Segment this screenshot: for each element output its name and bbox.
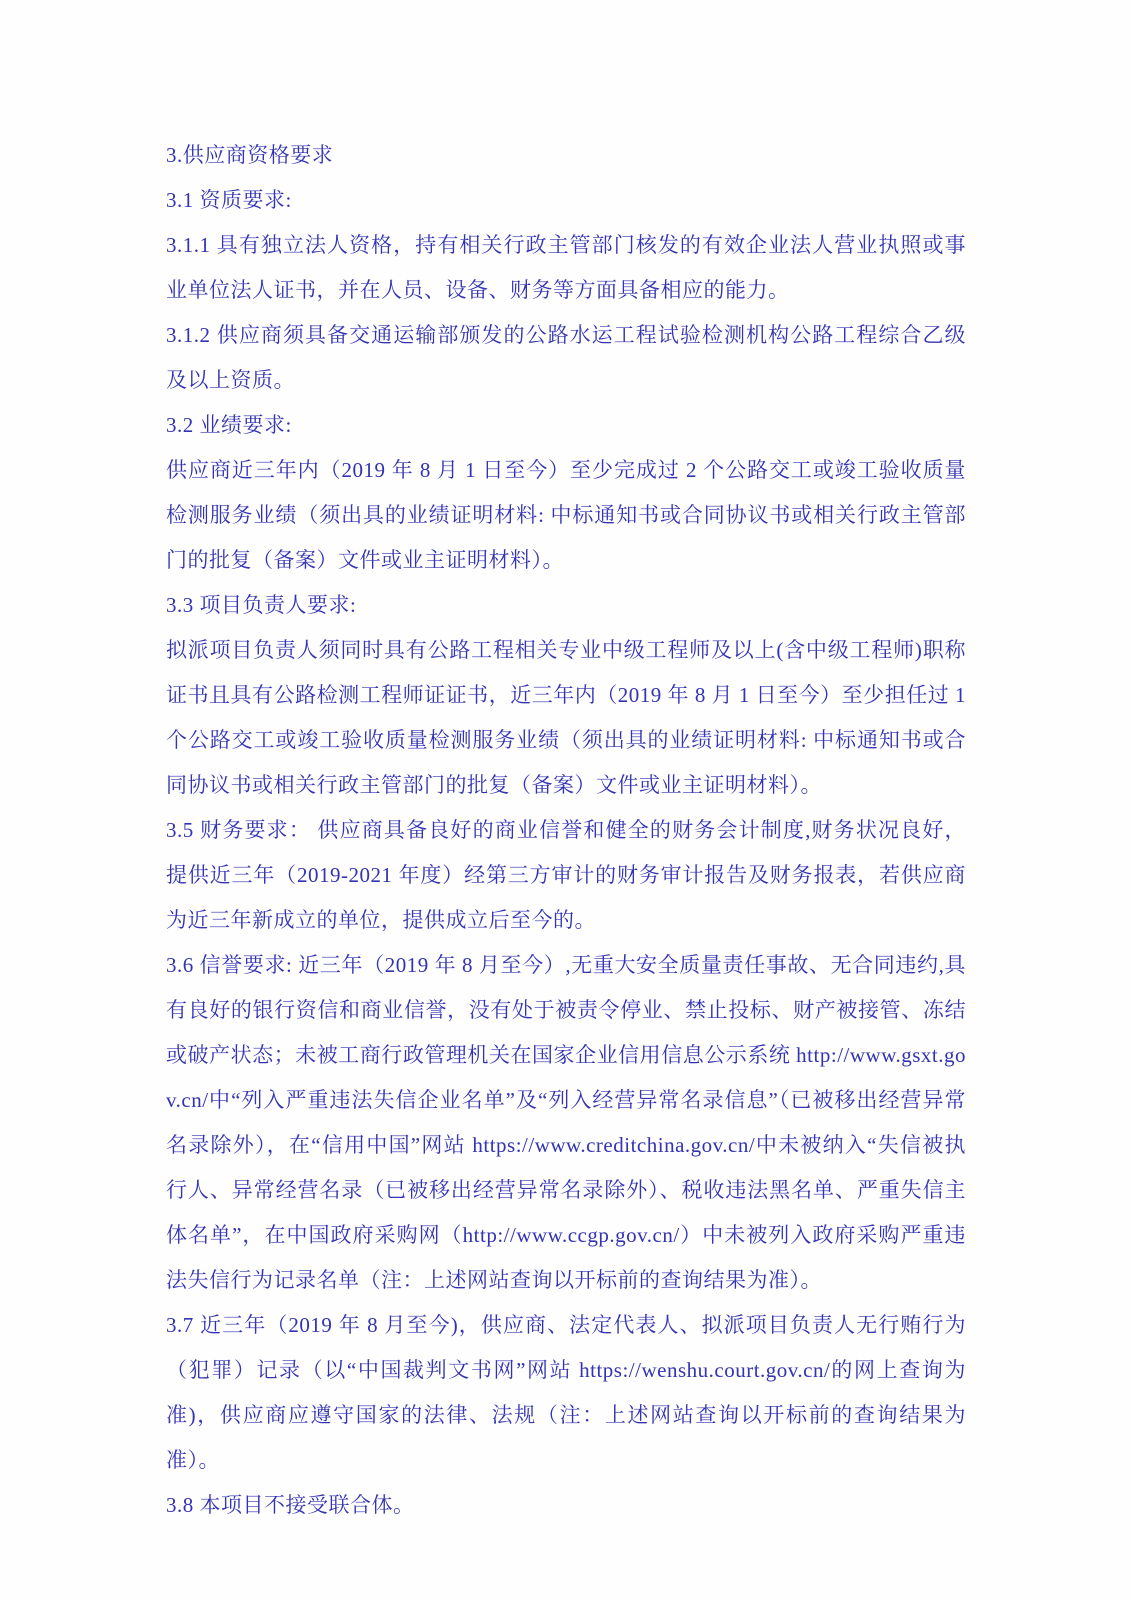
paragraph-performance-detail: 供应商近三年内（2019 年 8 月 1 日至今）至少完成过 2 个公路交工或竣… <box>166 448 966 583</box>
subsection-heading-project-manager: 3.3 项目负责人要求: <box>166 583 966 628</box>
document-body: 3.供应商资格要求 3.1 资质要求: 3.1.1 具有独立法人资格，持有相关行… <box>166 133 966 1528</box>
paragraph-3-5-finance: 3.5 财务要求： 供应商具备良好的商业信誉和健全的财务会计制度,财务状况良好，… <box>166 808 966 943</box>
paragraph-3-1-2: 3.1.2 供应商须具备交通运输部颁发的公路水运工程试验检测机构公路工程综合乙级… <box>166 313 966 403</box>
paragraph-3-8-consortium: 3.8 本项目不接受联合体。 <box>166 1483 966 1528</box>
section-heading: 3.供应商资格要求 <box>166 133 966 178</box>
subsection-heading-performance: 3.2 业绩要求: <box>166 403 966 448</box>
paragraph-3-1-1: 3.1.1 具有独立法人资格，持有相关行政主管部门核发的有效企业法人营业执照或事… <box>166 223 966 313</box>
paragraph-3-6-credit: 3.6 信誉要求: 近三年（2019 年 8 月至今）,无重大安全质量责任事故、… <box>166 943 966 1303</box>
subsection-heading-qualification: 3.1 资质要求: <box>166 178 966 223</box>
paragraph-project-manager-detail: 拟派项目负责人须同时具有公路工程相关专业中级工程师及以上(含中级工程师)职称证书… <box>166 628 966 808</box>
document-page: 3.供应商资格要求 3.1 资质要求: 3.1.1 具有独立法人资格，持有相关行… <box>0 0 1131 1600</box>
paragraph-3-7-bribery: 3.7 近三年（2019 年 8 月至今)，供应商、法定代表人、拟派项目负责人无… <box>166 1303 966 1483</box>
